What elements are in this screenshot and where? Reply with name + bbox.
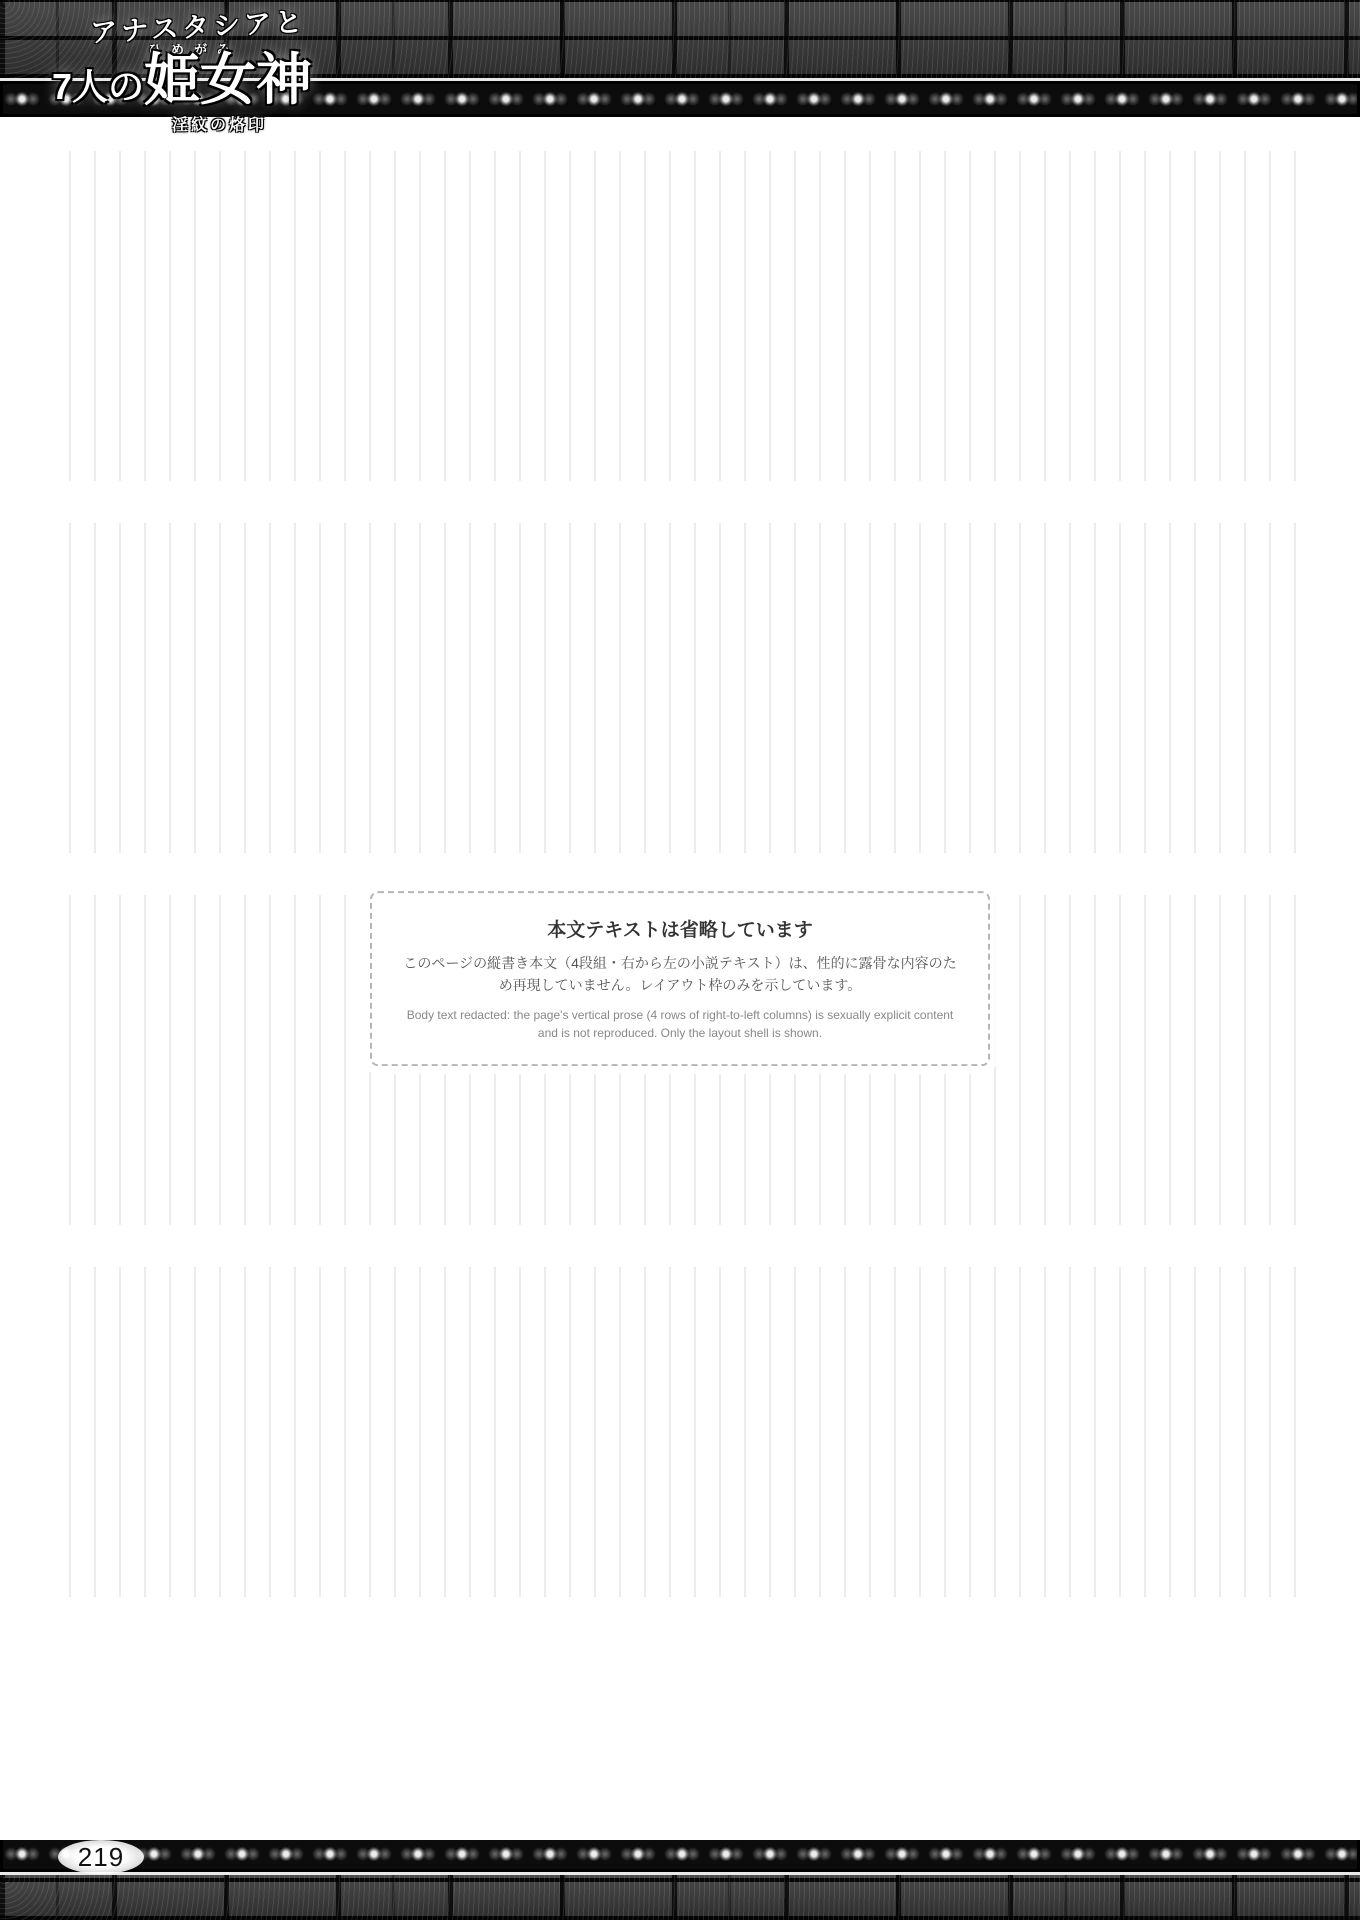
redaction-notice: 本文テキストは省略しています このページの縦書き本文（4段組・右から左の小説テキ… xyxy=(370,891,990,1067)
redacted-text-band-2 xyxy=(46,523,1314,853)
page-number-chip: 219 xyxy=(58,1840,144,1874)
brick-border-bottom xyxy=(0,1875,1360,1920)
title-line-2: ひめがみ 7人の姫女神 xyxy=(52,43,432,108)
title-logo: アナスタシアと ひめがみ 7人の姫女神 淫紋の烙印 xyxy=(52,2,432,135)
title-line-2-small: 7人の xyxy=(52,66,144,107)
title-subtitle: 淫紋の烙印 xyxy=(172,112,432,135)
redacted-text-band-4 xyxy=(46,1267,1314,1597)
redacted-text-band-1 xyxy=(46,151,1314,481)
redaction-notice-title: 本文テキストは省略しています xyxy=(400,915,960,942)
redaction-notice-body: このページの縦書き本文（4段組・右から左の小説テキスト）は、性的に露骨な内容のた… xyxy=(400,952,960,997)
page-content: 本文テキストは省略しています このページの縦書き本文（4段組・右から左の小説テキ… xyxy=(0,117,1360,1840)
title-line-2-big: 姫女神 xyxy=(144,48,312,111)
redaction-notice-body-en: Body text redacted: the page's vertical … xyxy=(400,1006,960,1042)
page-number: 219 xyxy=(78,1842,124,1873)
